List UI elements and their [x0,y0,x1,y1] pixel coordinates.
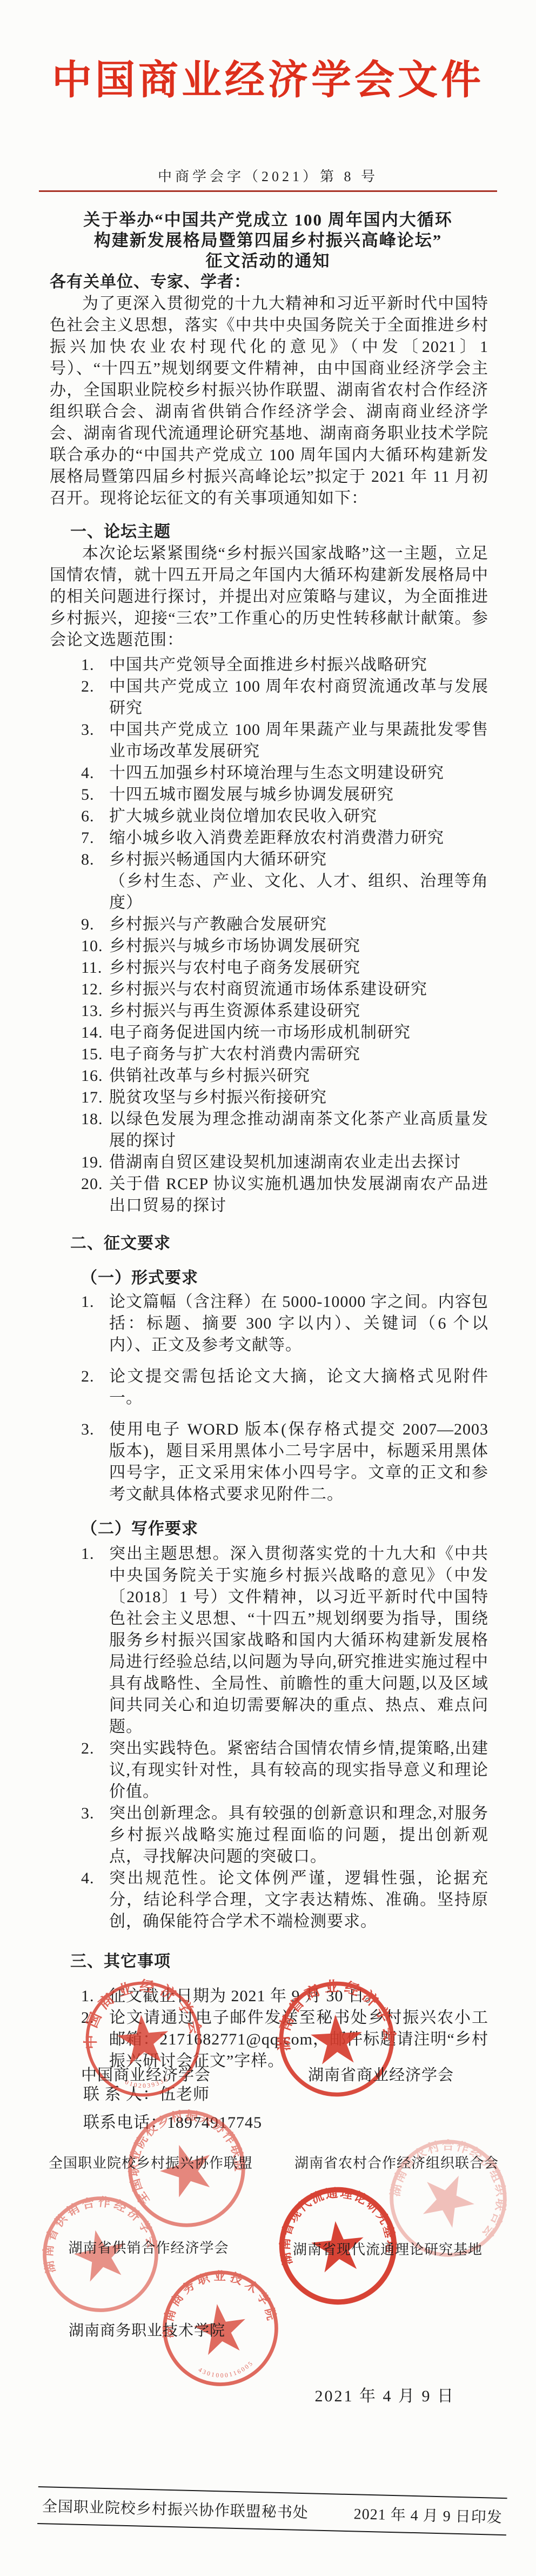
seal-caption: 中国商业经济学会 [78,2066,213,2085]
topic-text: 脱贫攻坚与乡村振兴衔接研究 [109,1087,327,1108]
requirement-item: 3.突出创新理念。具有较强的创新意识和理念,对服务乡村振兴战略实施过程面临的问题… [81,1803,488,1868]
topic-number: 2. [81,676,109,719]
topic-text: 供销社改革与乡村振兴研究 [109,1065,310,1087]
topic-item: 10.乡村振兴与城乡市场协调发展研究 [81,935,488,957]
requirement-item: 1.论文篇幅（含注释）在 5000-10000 字之间。内容包括：标题、摘要 3… [81,1291,488,1356]
topic-text: 中国共产党成立 100 周年农村商贸流通改革与发展研究 [109,676,488,719]
item-text: 突出主题思想。深入贯彻落实党的十九大和《中共中央国务院关于实施乡村振兴战略的意见… [109,1543,488,1738]
writing-requirement-list: 1.突出主题思想。深入贯彻落实党的十九大和《中共中央国务院关于实施乡村振兴战略的… [81,1543,488,1933]
item-text: 论文篇幅（含注释）在 5000-10000 字之间。内容包括：标题、摘要 300… [109,1291,488,1356]
topic-number: 9. [81,914,109,935]
letterhead-divider [39,190,497,192]
topic-number: 13. [81,1000,109,1022]
topic-item: 5.十四五城市圈发展与城乡协调发展研究 [81,784,488,806]
item-text: 论文提交需包括论文大摘，论文大摘格式见附件一。 [109,1366,488,1409]
topic-text: 乡村振兴与农村电子商务发展研究 [109,957,360,979]
topic-number: 5. [81,784,109,806]
seal-star-icon [310,2014,363,2065]
topic-item: 11.乡村振兴与农村电子商务发展研究 [81,957,488,979]
title-line-2: 构建新发展格局暨第四届乡村振兴高峰论坛” [0,230,536,251]
title-line-1: 关于举办“中国共产党成立 100 周年国内大循环 [0,210,536,230]
requirement-item: 1.突出主题思想。深入贯彻落实党的十九大和《中共中央国务院关于实施乡村振兴战略的… [81,1543,488,1738]
section2-sub2-heading: （二）写作要求 [81,1518,488,1540]
section2-heading: 二、征文要求 [70,1233,488,1254]
document-number: 中商学会字（2021）第 8 号 [0,169,536,185]
salutation: 各有关单位、专家、学者： [50,271,488,293]
topic-text: 十四五城市圈发展与城乡协调发展研究 [109,784,394,806]
footer-secretariat: 全国职业院校乡村振兴协作联盟秘书处 [42,2494,309,2522]
document-page: 中国商业经济学会文件 中商学会字（2021）第 8 号 关于举办“中国共产党成立… [0,0,536,2576]
topic-number: 17. [81,1087,109,1108]
footer-print-date: 2021 年 4 月 9 日印发 [353,2502,502,2527]
item-text: 使用电子 WORD 版本(保存格式提交 2007—2003 版本)，题目采用黑体… [109,1419,488,1505]
topic-number: 18. [81,1108,109,1152]
topic-item: 9.乡村振兴与产教融合发展研究 [81,914,488,935]
seal-star-icon [414,2165,483,2232]
print-footer: 全国职业院校乡村振兴协作联盟秘书处 2021 年 4 月 9 日印发 [37,2486,507,2535]
section2-sub1-heading: （一）形式要求 [81,1267,488,1289]
issue-date: 2021 年 4 月 9 日 [315,2386,455,2407]
topic-item: 17.脱贫攻坚与乡村振兴衔接研究 [81,1087,488,1108]
item-number: 3. [81,1419,109,1505]
item-number: 1. [81,1543,109,1738]
item-text: 突出创新理念。具有较强的创新意识和理念,对服务乡村振兴战略实施过程面临的问题，提… [109,1803,488,1868]
topic-text: 电子商务与扩大农村消费内需研究 [109,1044,360,1065]
seal-caption: 湖南省现代流通理论研究基地 [292,2240,484,2260]
topic-number: 16. [81,1065,109,1087]
topic-text: 乡村振兴与农村商贸流通市场体系建设研究 [109,979,427,1000]
requirement-item: 4.突出规范性。论文体例严谨，逻辑性强，论据充分，结论科学合理，文字表达精炼、准… [81,1868,488,1933]
seal-caption: 全国职业院校乡村振兴协作联盟 [49,2154,251,2173]
topic-number: 11. [81,957,109,979]
topic-item: 6.扩大城乡就业岗位增加农民收入研究 [81,806,488,827]
topic-item: 15.电子商务与扩大农村消费内需研究 [81,1044,488,1065]
item-number: 4. [81,1868,109,1933]
topic-number: 3. [81,719,109,762]
item-number: 1. [81,1291,109,1356]
topic-text: 借湖南自贸区建设契机加速湖南农业走出去探讨 [109,1152,461,1173]
topic-number: 14. [81,1022,109,1044]
seal-caption: 湖南省供销合作经济学会 [65,2239,232,2258]
topic-number: 8. [81,849,109,914]
topic-text: 以绿色发展为理念推动湖南茶文化茶产业高质量发展的探讨 [109,1108,488,1152]
topic-item: 7.缩小城乡收入消费差距释放农村消费潜力研究 [81,827,488,849]
topic-item: 3.中国共产党成立 100 周年果蔬产业与果蔬批发零售业市场改革发展研究 [81,719,488,762]
seal-caption: 湖南省商业经济学会 [300,2066,462,2085]
topic-item: 14.电子商务促进国内统一市场形成机制研究 [81,1022,488,1044]
topic-text: 中国共产党成立 100 周年果蔬产业与果蔬批发零售业市场改革发展研究 [109,719,488,762]
topic-text: 关于借 RCEP 协议实施机遇加快发展湖南农产品进出口贸易的探讨 [109,1173,488,1217]
section1-heading: 一、论坛主题 [70,521,488,543]
requirement-item: 2.突出实践特色。紧密结合国情农情乡情,提策略,出建议,有现实针对性，具有较高的… [81,1738,488,1803]
topic-number: 4. [81,762,109,784]
topic-text: 扩大城乡就业岗位增加农民收入研究 [109,806,377,827]
topic-text: 乡村振兴与再生资源体系建设研究 [109,1000,360,1022]
letterhead-org-title: 中国商业经济学会文件 [0,0,536,101]
topic-number: 6. [81,806,109,827]
item-number: 2. [81,1738,109,1803]
topic-number: 12. [81,979,109,1000]
topic-item: 19.借湖南自贸区建设契机加速湖南农业走出去探讨 [81,1152,488,1173]
topic-number: 7. [81,827,109,849]
topic-item: 4.十四五加强乡村环境治理与生态文明建设研究 [81,762,488,784]
topic-text: 十四五加强乡村环境治理与生态文明建设研究 [109,762,444,784]
topic-item: 20.关于借 RCEP 协议实施机遇加快发展湖南农产品进出口贸易的探讨 [81,1173,488,1217]
topic-item: 2.中国共产党成立 100 周年农村商贸流通改革与发展研究 [81,676,488,719]
item-number: 2. [81,1366,109,1409]
topic-text: 电子商务促进国内统一市场形成机制研究 [109,1022,411,1044]
title-line-3: 征文活动的通知 [0,251,536,271]
requirement-item: 2.论文提交需包括论文大摘，论文大摘格式见附件一。 [81,1366,488,1409]
topic-text: 乡村振兴与产教融合发展研究 [109,914,327,935]
topic-note: （乡村生态、产业、文化、人才、组织、治理等角度） [109,871,488,914]
topic-text: 乡村振兴与城乡市场协调发展研究 [109,935,360,957]
document-title: 关于举办“中国共产党成立 100 周年国内大循环 构建新发展格局暨第四届乡村振兴… [0,210,536,271]
topic-list: 1.中国共产党领导全面推进乡村振兴战略研究 2.中国共产党成立 100 周年农村… [81,654,488,1217]
topic-item: 1.中国共产党领导全面推进乡村振兴战略研究 [81,654,488,676]
topic-number: 10. [81,935,109,957]
seal-caption: 湖南商务职业技术学院 [66,2321,228,2341]
topic-item: 18.以绿色发展为理念推动湖南茶文化茶产业高质量发展的探讨 [81,1108,488,1152]
topic-item: 8.乡村振兴畅通国内大循环研究（乡村生态、产业、文化、人才、组织、治理等角度） [81,849,488,914]
seal-caption: 湖南省农村合作经济组织联合会 [294,2154,494,2173]
topic-item: 16.供销社改革与乡村振兴研究 [81,1065,488,1087]
topic-number: 15. [81,1044,109,1065]
section3-heading: 三、其它事项 [70,1951,488,1973]
topic-text: 中国共产党领导全面推进乡村振兴战略研究 [109,654,427,676]
format-requirement-list: 1.论文篇幅（含注释）在 5000-10000 字之间。内容包括：标题、摘要 3… [81,1291,488,1505]
item-text: 突出规范性。论文体例严谨，逻辑性强，论据充分，结论科学合理，文字表达精炼、准确。… [109,1868,488,1933]
item-text: 突出实践特色。紧密结合国情农情乡情,提策略,出建议,有现实针对性，具有较高的现实… [109,1738,488,1803]
topic-text: 缩小城乡收入消费差距释放农村消费潜力研究 [109,827,444,849]
topic-text: 乡村振兴畅通国内大循环研究（乡村生态、产业、文化、人才、组织、治理等角度） [109,849,488,914]
topic-item: 12.乡村振兴与农村商贸流通市场体系建设研究 [81,979,488,1000]
section1-intro: 本次论坛紧紧围绕“乡村振兴国家战略”这一主题，立足国情农情，就十四五开局之年国内… [50,543,488,651]
item-number: 3. [81,1803,109,1868]
topic-number: 1. [81,654,109,676]
seal-area: 中国商业经济学会 0102039336 湖南省商业经济学会 全国职业院校乡村振兴… [0,1973,536,2389]
seal-star-icon [116,2013,171,2066]
requirement-item: 3.使用电子 WORD 版本(保存格式提交 2007—2003 版本)，题目采用… [81,1419,488,1505]
topic-number: 20. [81,1173,109,1217]
topic-item: 13.乡村振兴与再生资源体系建设研究 [81,1000,488,1022]
intro-paragraph: 为了更深入贯彻党的十九大精神和习近平新时代中国特色社会主义思想，落实《中共中央国… [50,293,488,509]
document-body: 各有关单位、专家、学者： 为了更深入贯彻党的十九大精神和习近平新时代中国特色社会… [0,271,536,2134]
topic-number: 19. [81,1152,109,1173]
